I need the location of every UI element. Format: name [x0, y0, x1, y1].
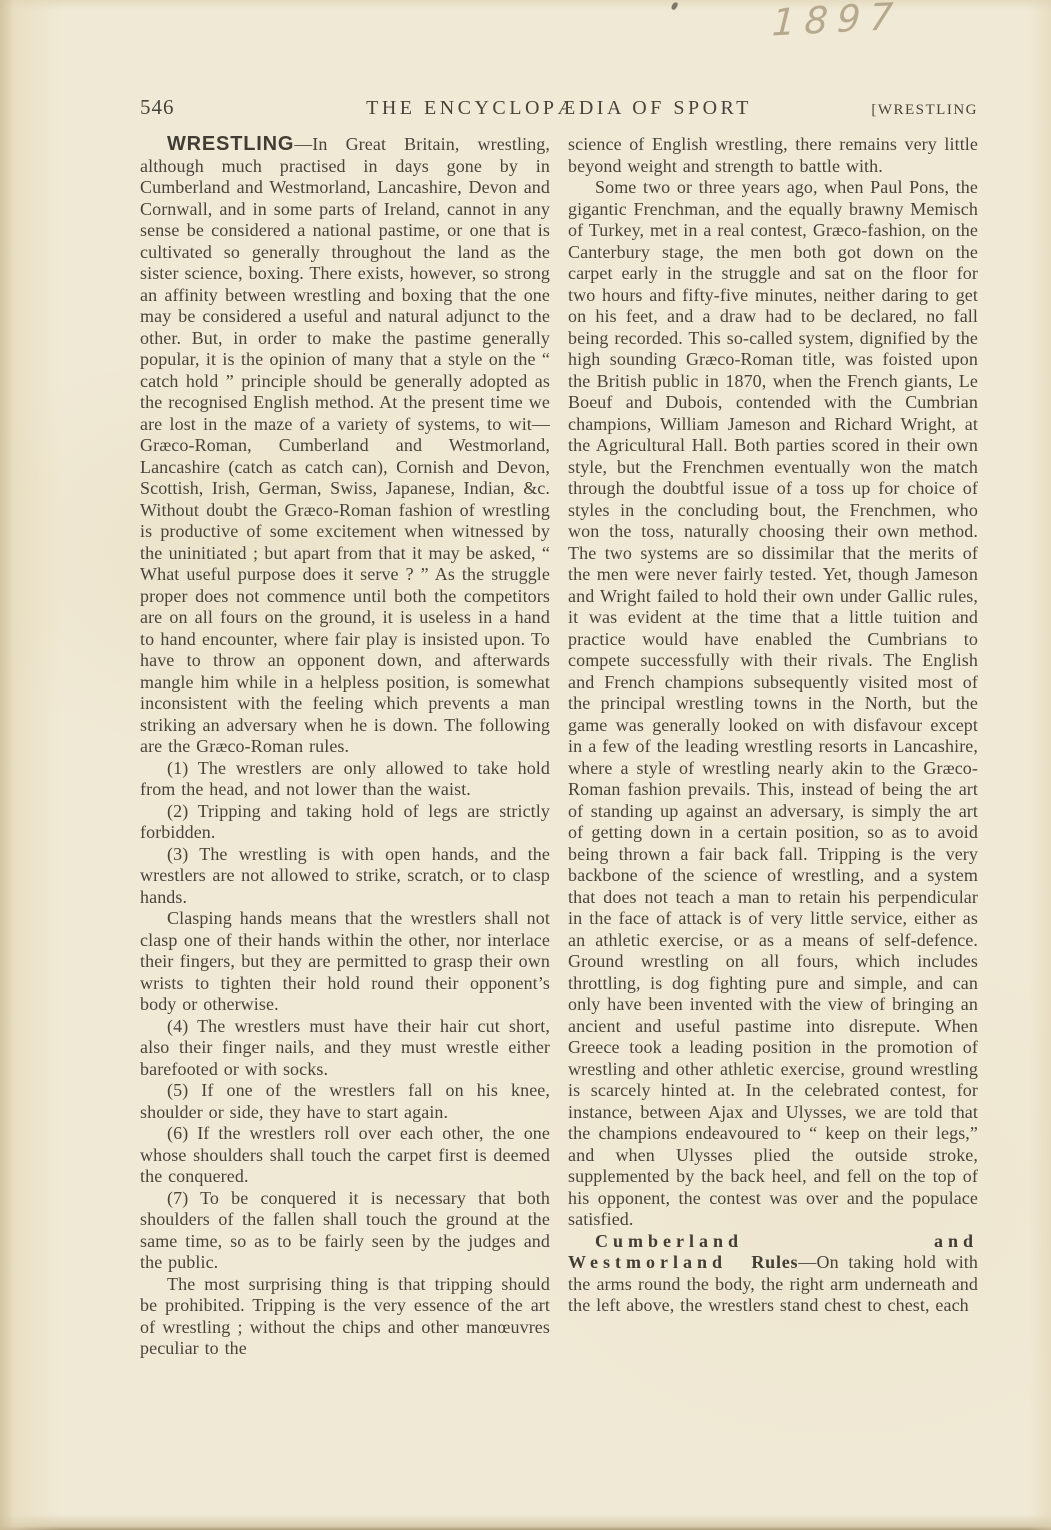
rule-paragraph-6: (6) If the wrestlers roll over each othe… [140, 1123, 550, 1188]
paragraph-text: —In Great Britain, wrestling, although m… [140, 134, 550, 756]
clasping-paragraph: Clasping hands means that the wrestlers … [140, 908, 550, 1016]
rules-heading: Rules [751, 1252, 798, 1272]
tripping-paragraph: The most surprising thing is that trippi… [140, 1274, 550, 1360]
rule-paragraph-4: (4) The wrestlers must have their hair c… [140, 1016, 550, 1081]
rule-paragraph-1: (1) The wrestlers are only allowed to ta… [140, 758, 550, 801]
history-paragraph: Some two or three years ago, when Paul P… [568, 177, 978, 1231]
handwritten-year: 1897 [771, 0, 903, 44]
entry-heading: WRESTLING [167, 133, 294, 155]
scanned-book-page: 1897 546 THE ENCYCLOPÆDIA OF SPORT [WRES… [0, 0, 1051, 1530]
rule-paragraph-2: (2) Tripping and taking hold of legs are… [140, 801, 550, 844]
cumberland-rules-paragraph: Cumberland and Westmorland Rules—On taki… [568, 1231, 978, 1317]
right-column: science of English wrestling, there rema… [568, 134, 978, 1360]
text-columns: WRESTLING—In Great Britain, wrestling, a… [140, 134, 978, 1360]
running-header: 546 THE ENCYCLOPÆDIA OF SPORT [WRESTLING [140, 92, 978, 120]
book-title: THE ENCYCLOPÆDIA OF SPORT [140, 97, 978, 120]
rule-paragraph-3: (3) The wrestling is with open hands, an… [140, 844, 550, 909]
rule-paragraph-5: (5) If one of the wrestlers fall on his … [140, 1080, 550, 1123]
ink-speck [670, 1, 678, 10]
section-marker: [WRESTLING [871, 102, 978, 119]
left-column: WRESTLING—In Great Britain, wrestling, a… [140, 134, 550, 1360]
entry-paragraph: WRESTLING—In Great Britain, wrestling, a… [140, 134, 550, 758]
rule-paragraph-7: (7) To be conquered it is necessary that… [140, 1188, 550, 1274]
continuation-paragraph: science of English wrestling, there rema… [568, 134, 978, 177]
